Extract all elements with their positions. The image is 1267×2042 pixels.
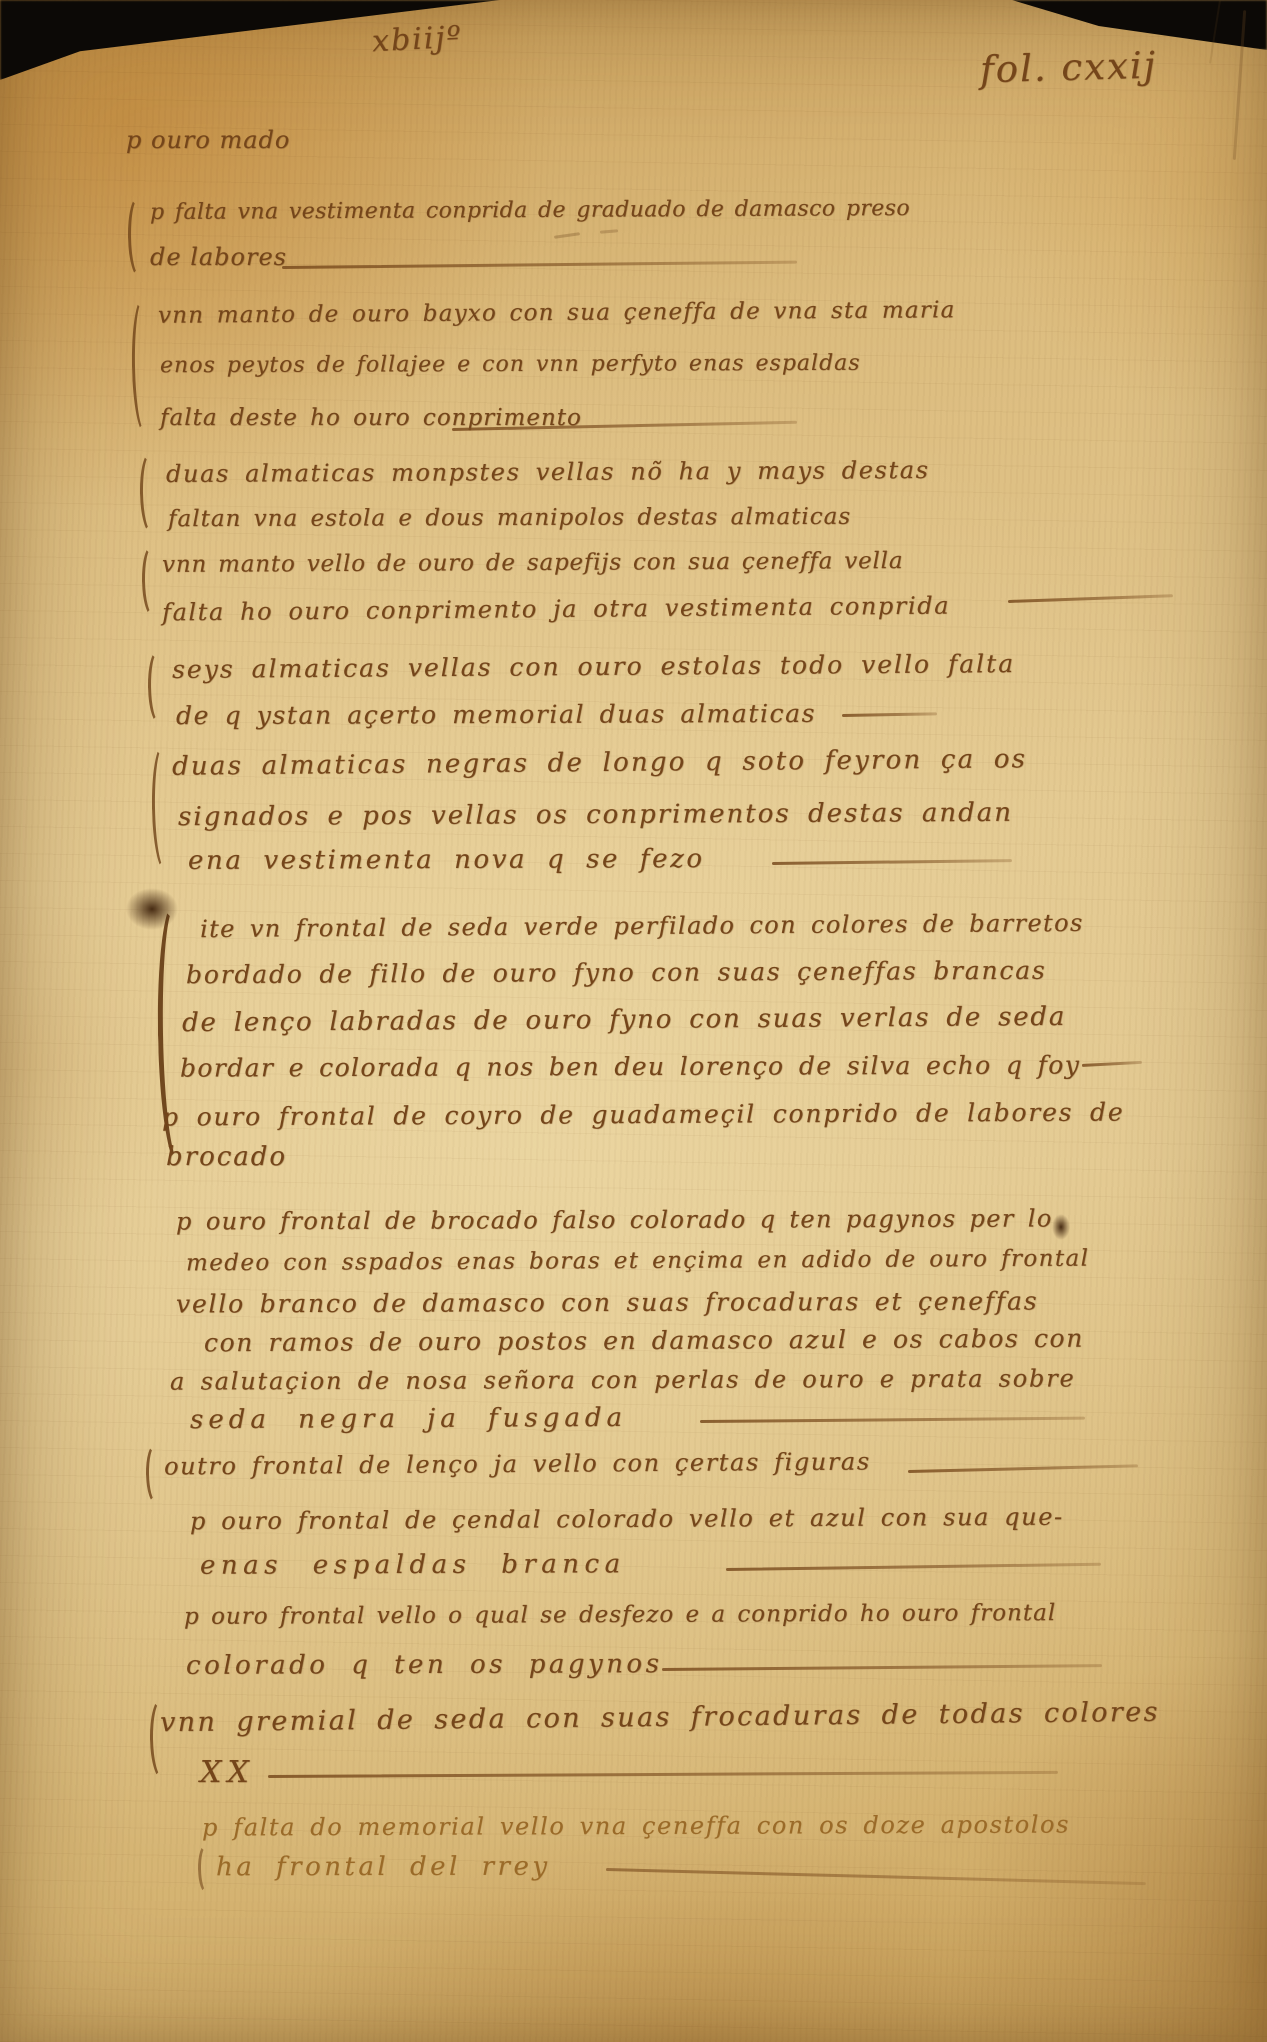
manuscript-line: vnn manto de ouro bayxo con sua çeneffa …: [158, 297, 956, 329]
manuscript-line: enos peytos de follajee e con vnn perfyt…: [160, 351, 861, 378]
quire-mark: xbiijº: [371, 20, 463, 60]
folio-number: fol. cxxij: [979, 44, 1157, 92]
manuscript-line: duas almaticas monpstes vellas nõ ha y m…: [166, 456, 930, 488]
manuscript-line: p ouro frontal de çendal colorado vello …: [190, 1503, 1064, 1536]
manuscript-line: faltan vna estola e dous manipolos desta…: [168, 504, 851, 532]
manuscript-line: con ramos de ouro postos en damasco azul…: [204, 1324, 1084, 1358]
ink-blob: [126, 888, 178, 930]
manuscript-line: brocado: [166, 1142, 287, 1172]
manuscript-line: p ouro frontal de brocado falso colorado…: [176, 1204, 1053, 1235]
manuscript-line: vnn manto vello de ouro de sapefijs con …: [162, 548, 903, 578]
manuscript-line: seda negra ja fusgada: [190, 1403, 627, 1435]
manuscript-line: seys almaticas vellas con ouro estolas t…: [172, 649, 1015, 684]
manuscript-line: vello branco de damasco con suas frocadu…: [176, 1286, 1038, 1318]
manuscript-line: p ouro frontal vello o qual se desfezo e…: [184, 1600, 1056, 1630]
manuscript-line: bordado de fillo de ouro fyno con suas ç…: [186, 956, 1047, 990]
manuscript-line: de q ystan açerto memorial duas almatica…: [176, 699, 816, 730]
manuscript-line: bordar e colorada q nos ben deu lorenço …: [180, 1050, 1080, 1082]
manuscript-photo: xbiijº fol. cxxij p ouro mado p falta vn…: [0, 0, 1267, 2042]
manuscript-line: signados e pos vellas os conprimentos de…: [178, 798, 1013, 832]
manuscript-line: enas espaldas branca: [200, 1549, 626, 1580]
header-note: p ouro mado: [126, 126, 290, 154]
manuscript-line: p falta vna vestimenta conprida de gradu…: [150, 196, 910, 225]
manuscript-line: XX: [200, 1755, 255, 1790]
manuscript-line: de lenço labradas de ouro fyno con suas …: [182, 1002, 1066, 1038]
manuscript-line: a salutaçion de nosa señora con perlas d…: [170, 1364, 1076, 1395]
manuscript-line: outro frontal de lenço ja vello con çert…: [164, 1448, 871, 1481]
manuscript-line: medeo con sspados enas boras et ençima e…: [186, 1246, 1089, 1277]
manuscript-line: ena vestimenta nova q se fezo: [188, 844, 705, 876]
ink-blob: [1052, 1214, 1070, 1240]
manuscript-line: p ouro frontal de coyro de guadameçil co…: [162, 1097, 1125, 1131]
manuscript-line: ha frontal del rrey: [216, 1852, 551, 1883]
manuscript-line: p falta do memorial vello vna çeneffa co…: [202, 1810, 1070, 1841]
manuscript-line: colorado q ten os pagynos: [186, 1649, 663, 1681]
manuscript-line: de labores: [150, 243, 287, 271]
